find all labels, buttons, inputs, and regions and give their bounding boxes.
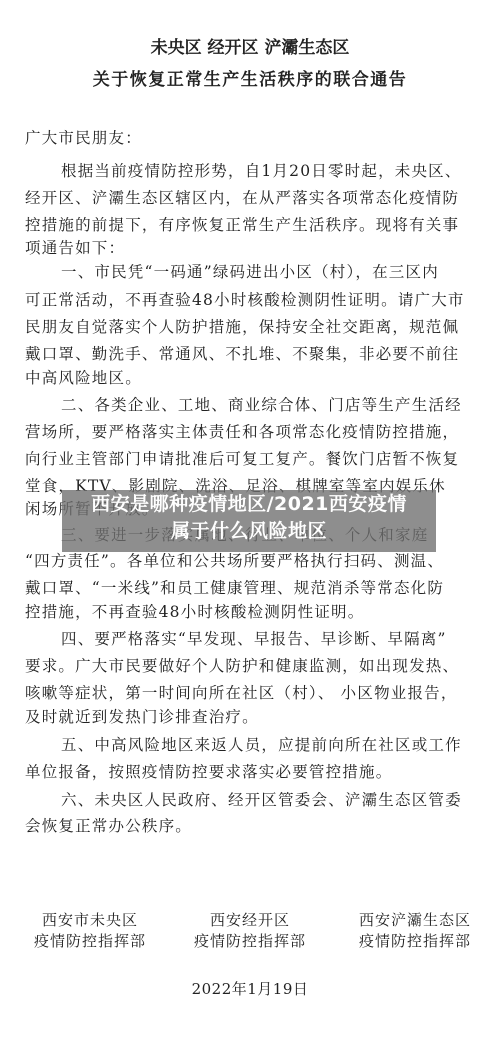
body-line: 咳嗽等症状，第一时间向所在社区（村）、 小区物业报告， (25, 683, 477, 703)
body-line: 可正常活动，不再查验48小时核酸检测阴性证明。请广大市 (25, 290, 477, 310)
caption-line-1: 西安是哪种疫情地区/2021西安疫情 (62, 491, 436, 518)
body-line: 一、市民凭“一码通”绿码进出小区（村），在三区内 (61, 262, 477, 282)
body-line: 二、各类企业、工地、商业综合体、门店等生产生活经 (61, 395, 477, 415)
body-line: 营场所，要严格落实主体责任和各项常态化疫情防控措施， (25, 422, 477, 442)
body-line: 单位报备，按照疫情防控要求落实必要管控措施。 (25, 762, 477, 782)
body-line: 经开区、浐灞生态区辖区内，在从严落实各项常态化疫情防 (25, 188, 477, 208)
notice-title-districts: 未央区 经开区 浐灞生态区 (0, 33, 500, 58)
caption-overlay: 西安是哪种疫情地区/2021西安疫情 属于什么风险地区 (62, 491, 436, 545)
body-line: “四方责任”。各单位和公共场所要严格执行扫码、测温、 (25, 551, 477, 571)
body-line: 及时就近到发热门诊排查治疗。 (25, 707, 477, 727)
body-line: 中高风险地区。 (25, 368, 477, 388)
body-line: 五、中高风险地区来返人员，应提前向所在社区或工作 (61, 735, 477, 755)
caption-line-2: 属于什么风险地区 (62, 518, 436, 545)
body-line: 控措施的前提下，有序恢复正常生产生活秩序。现将有关事 (25, 215, 477, 235)
notice-date: 2022年1月19日 (0, 978, 500, 999)
signature-weiyang: 西安市未央区 疫情防控指挥部 (10, 910, 170, 952)
body-line: 戴口罩、“一米线”和员工健康管理、规范消杀等常态化防 (25, 578, 477, 598)
body-line: 向行业主管部门申请批准后可复工复产。餐饮门店暂不恢复 (25, 449, 477, 469)
body-line: 六、未央区人民政府、经开区管委会、浐灞生态区管委 (61, 790, 477, 810)
body-line: 要求。广大市民要做好个人防护和健康监测，如出现发热、 (25, 656, 477, 676)
body-line: 戴口罩、勤洗手、常通风、不扎堆、不聚集，非必要不前往 (25, 344, 477, 364)
notice-title-subject: 关于恢复正常生产生活秩序的联合通告 (0, 65, 500, 90)
signature-dept: 疫情防控指挥部 (10, 931, 170, 952)
body-line: 项通告如下： (25, 238, 477, 258)
signature-org: 西安经开区 (170, 910, 330, 931)
body-line: 四、要严格落实“早发现、早报告、早诊断、早隔离” (61, 629, 477, 649)
signature-jingkai: 西安经开区 疫情防控指挥部 (170, 910, 330, 952)
signature-dept: 疫情防控指挥部 (170, 931, 330, 952)
signature-org: 西安市未央区 (10, 910, 170, 931)
body-line: 控措施，不再查验48小时核酸检测阴性证明。 (25, 602, 477, 622)
body-line: 民朋友自觉落实个人防护措施，保持安全社交距离，规范佩 (25, 317, 477, 337)
greeting: 广大市民朋友： (25, 128, 477, 148)
body-line: 根据当前疫情防控形势，自1月20日零时起，未央区、 (61, 161, 477, 181)
body-line: 会恢复正常办公秩序。 (25, 816, 477, 836)
signature-dept: 疫情防控指挥部 (335, 931, 495, 952)
signature-chanba: 西安浐灞生态区 疫情防控指挥部 (335, 910, 495, 952)
signature-org: 西安浐灞生态区 (335, 910, 495, 931)
